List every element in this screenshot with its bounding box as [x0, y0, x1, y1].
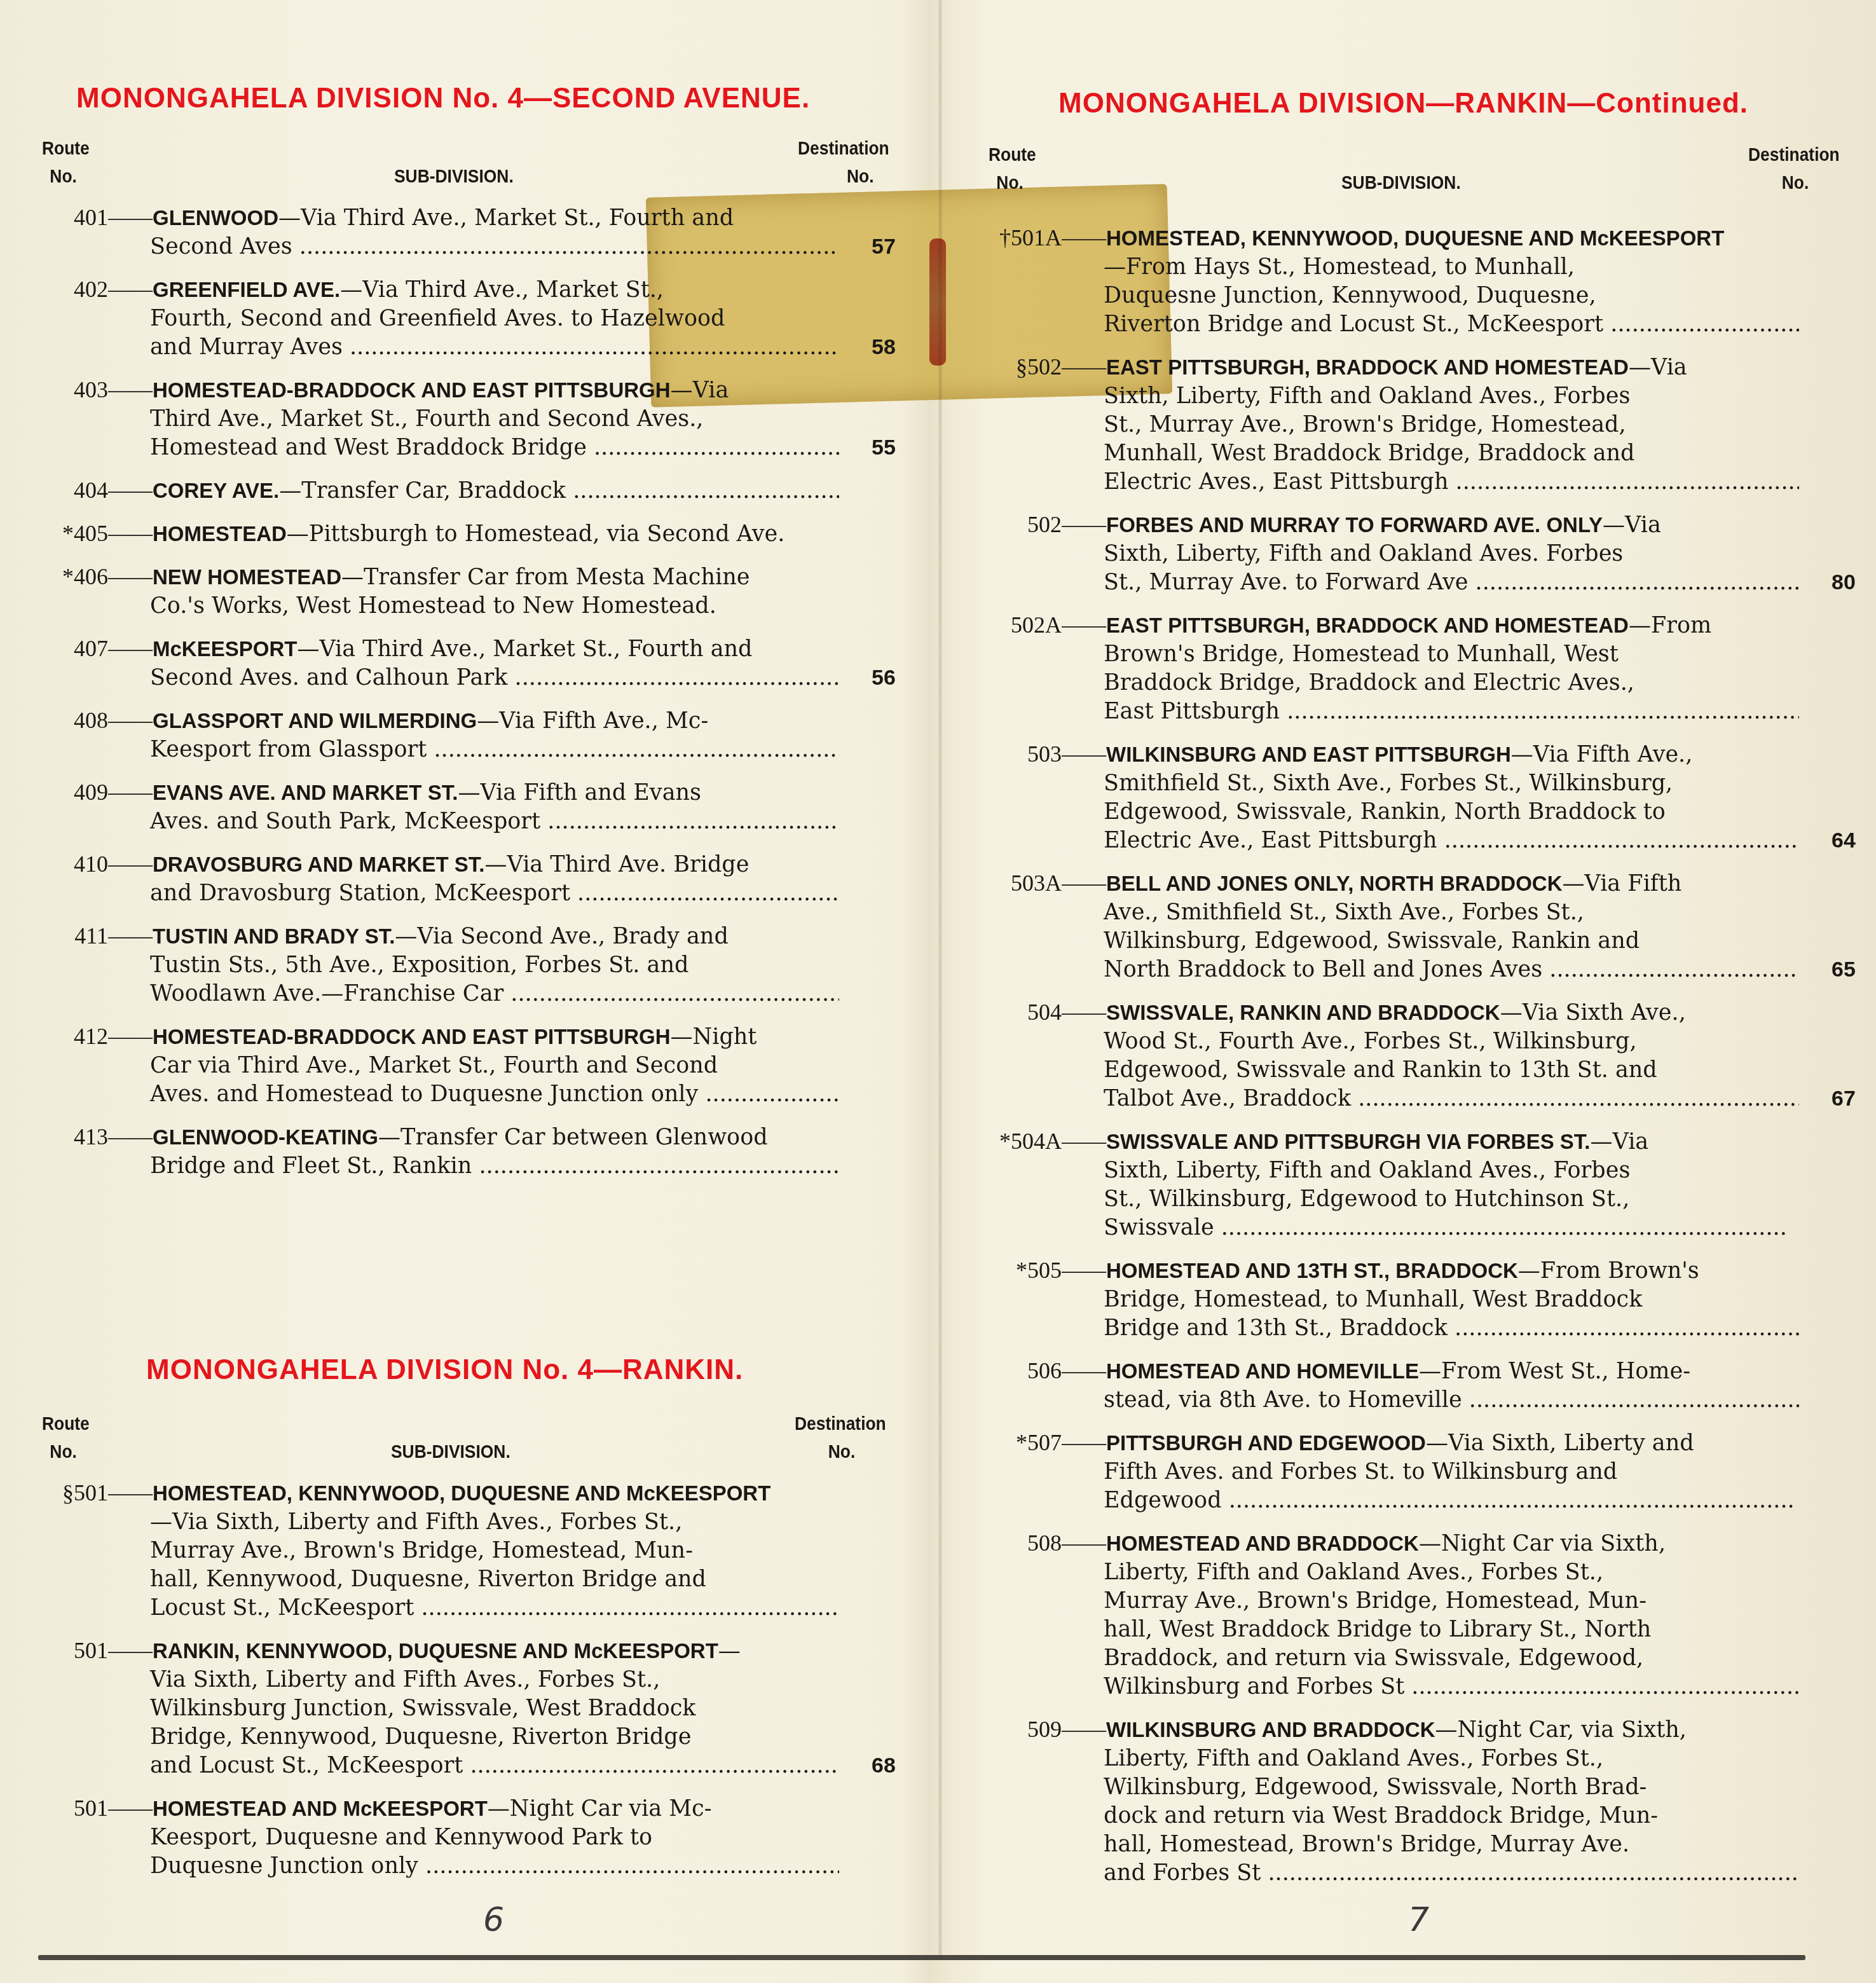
route-title: FORBES AND MURRAY TO FORWARD AVE. ONLY [1106, 513, 1603, 537]
route-title: HOMESTEAD AND BRADDOCK [1106, 1532, 1419, 1555]
route-description: —Night Car via Mc- [488, 1796, 712, 1822]
route-description: —From West St., Home- [1419, 1359, 1690, 1384]
leader-dash: —— [108, 1481, 153, 1506]
route-title: GLENWOOD [153, 206, 278, 230]
route-description: —Transfer Car, Braddock ................… [279, 478, 839, 504]
route-number: 413 [25, 1123, 108, 1151]
route-description: —Via [1629, 355, 1687, 380]
route-description: —Transfer Car between Glenwood [378, 1125, 768, 1150]
section-heading-rankin-continued: MONONGAHELA DIVISION—RANKIN—Continued. [1058, 88, 1748, 120]
route-description-line: hall, Kennywood, Duquesne, Riverton Brid… [108, 1565, 839, 1594]
route-title: SWISSVALE AND PITTSBURGH VIA FORBES ST. [1106, 1130, 1591, 1153]
destination-number: 57 [852, 233, 915, 261]
route-entry: 503A——BELL AND JONES ONLY, NORTH BRADDOC… [979, 869, 1875, 984]
route-number: 501 [25, 1636, 108, 1665]
route-entry: 410——DRAVOSBURG AND MARKET ST.—Via Third… [25, 850, 915, 908]
route-number: 409 [25, 778, 108, 807]
leader-dash: —— [108, 1024, 153, 1049]
route-description-line: Keesport from Glassport ................… [108, 736, 839, 764]
leader-dash: —— [108, 1638, 153, 1663]
route-entry: 408——GLASSPORT AND WILMERDING—Via Fifth … [25, 706, 915, 764]
leader-dash: —— [108, 1796, 153, 1821]
route-number: 506 [979, 1357, 1062, 1385]
route-title: RANKIN, KENNYWOOD, DUQUESNE AND McKEESPO… [153, 1639, 718, 1663]
route-description: —Via Fifth [1563, 871, 1682, 896]
route-title: GLENWOOD-KEATING [153, 1125, 378, 1149]
leader-dash: —— [108, 565, 153, 589]
route-description-line: and Forbes St ..........................… [1062, 1859, 1799, 1888]
route-entry: †501A——HOMESTEAD, KENNYWOOD, DUQUESNE AN… [979, 224, 1875, 339]
route-title: COREY AVE. [153, 479, 279, 502]
route-description: —Via [671, 378, 729, 403]
leader-dash: —— [1062, 742, 1106, 767]
leader-dash: —— [1062, 871, 1106, 896]
route-description-line: dock and return via West Braddock Bridge… [1062, 1802, 1799, 1830]
route-description: —Pittsburgh to Homestead, via Second Ave… [287, 521, 784, 547]
route-description-line: Fourth, Second and Greenfield Aves. to H… [108, 305, 839, 333]
destination-no-header: Destination No. [1748, 141, 1840, 197]
route-number: 501 [25, 1794, 108, 1823]
route-number: 402 [25, 275, 108, 304]
route-description-line: Homestead and West Braddock Bridge .....… [108, 434, 839, 462]
route-description-line: Wilkinsburg Junction, Swissvale, West Br… [108, 1694, 839, 1723]
route-title: GREENFIELD AVE. [153, 278, 340, 301]
route-title: EAST PITTSBURGH, BRADDOCK AND HOMESTEAD [1106, 614, 1629, 637]
route-description: —Via Sixth Ave., [1500, 1000, 1686, 1026]
sub-division-header: SUB-DIVISION. [394, 163, 514, 191]
route-description-line: Electric Aves., East Pittsburgh ........… [1062, 468, 1799, 497]
leader-dash: —— [108, 636, 153, 661]
route-entry: *505——HOMESTEAD AND 13TH ST., BRADDOCK—F… [979, 1256, 1875, 1343]
route-description: —Via Third Ave., Market St., [340, 277, 664, 303]
route-description: —Night Car, via Sixth, [1435, 1717, 1687, 1743]
route-number: †501A [979, 224, 1062, 252]
route-description: —Via Fifth and Evans [458, 780, 701, 806]
spine-fold [938, 0, 942, 1958]
destination-number: 64 [1812, 827, 1875, 855]
route-list: §501——HOMESTEAD, KENNYWOOD, DUQUESNE AND… [25, 1479, 915, 1895]
leader-dash: —— [108, 1125, 153, 1149]
destination-number: 67 [1812, 1085, 1875, 1113]
route-title: GLASSPORT AND WILMERDING [153, 709, 477, 732]
route-entry: 508——HOMESTEAD AND BRADDOCK—Night Car vi… [979, 1529, 1875, 1701]
route-description-line: Murray Ave., Brown's Bridge, Homestead, … [108, 1537, 839, 1565]
route-description-line: Tustin Sts., 5th Ave., Exposition, Forbe… [108, 951, 839, 980]
route-title: EVANS AVE. AND MARKET ST. [153, 781, 458, 804]
leader-dash: —— [1062, 355, 1106, 380]
leader-dash: —— [1062, 1000, 1106, 1025]
route-description-line: Braddock Bridge, Braddock and Electric A… [1062, 669, 1799, 697]
route-title: SWISSVALE, RANKIN AND BRADDOCK [1106, 1001, 1500, 1024]
route-description: —Via [1603, 512, 1661, 538]
route-description: —Via Sixth, Liberty and [1426, 1431, 1694, 1456]
route-title: HOMESTEAD AND McKEESPORT [153, 1797, 488, 1820]
route-description-line: Car via Third Ave., Market St., Fourth a… [108, 1052, 839, 1080]
route-entry: §501——HOMESTEAD, KENNYWOOD, DUQUESNE AND… [25, 1479, 915, 1623]
route-description-line: Aves. and Homestead to Duquesne Junction… [108, 1080, 839, 1109]
route-description-line: Braddock, and return via Swissvale, Edge… [1062, 1644, 1799, 1673]
route-description-line: Bridge and Fleet St., Rankin ...........… [108, 1152, 839, 1181]
route-entry: 401——GLENWOOD—Via Third Ave., Market St.… [25, 203, 915, 261]
route-title: DRAVOSBURG AND MARKET ST. [153, 853, 485, 876]
route-description-line: St., Murray Ave. to Forward Ave ........… [1062, 568, 1799, 597]
destination-number: 80 [1812, 568, 1875, 597]
route-entry: 411——TUSTIN AND BRADY ST.—Via Second Ave… [25, 922, 915, 1008]
route-description: —Via Fifth Ave., Mc- [477, 708, 708, 734]
route-title: WILKINSBURG AND BRADDOCK [1106, 1718, 1435, 1741]
destination-number: 58 [852, 333, 915, 362]
route-number: 503A [979, 869, 1062, 898]
leader-dash: —— [108, 478, 153, 503]
route-title: HOMESTEAD, KENNYWOOD, DUQUESNE AND McKEE… [153, 1481, 770, 1505]
route-number: 509 [979, 1715, 1062, 1744]
route-list: 401——GLENWOOD—Via Third Ave., Market St.… [25, 203, 915, 1195]
section-heading-rankin: MONONGAHELA DIVISION No. 4—RANKIN. [146, 1354, 743, 1386]
route-number: 403 [25, 376, 108, 404]
route-entry: 403——HOMESTEAD-BRADDOCK AND EAST PITTSBU… [25, 376, 915, 462]
destination-number: 68 [852, 1752, 915, 1780]
route-title: HOMESTEAD, KENNYWOOD, DUQUESNE AND McKEE… [1106, 226, 1724, 250]
route-no-header: Route No. [989, 141, 1036, 197]
page-number: 6 [483, 1901, 504, 1939]
leader-dash: —— [108, 852, 153, 877]
route-description: —Night [671, 1024, 757, 1050]
route-description-line: Electric Ave., East Pittsburgh .........… [1062, 827, 1799, 855]
route-description-line: Brown's Bridge, Homestead to Munhall, We… [1062, 640, 1799, 669]
route-description-line: Edgewood ...............................… [1062, 1486, 1799, 1515]
leader-dash: —— [1062, 1431, 1106, 1455]
route-description-line: Wilkinsburg, Edgewood, Swissvale, North … [1062, 1773, 1799, 1802]
route-number: *507 [979, 1429, 1062, 1457]
route-number: 411 [25, 922, 108, 950]
route-entry: 509——WILKINSBURG AND BRADDOCK—Night Car,… [979, 1715, 1875, 1888]
route-description: —Transfer Car from Mesta Machine [341, 565, 750, 590]
route-description-line: Liberty, Fifth and Oakland Aves., Forbes… [1062, 1558, 1799, 1587]
route-description-line: Sixth, Liberty, Fifth and Oakland Aves.,… [1062, 382, 1799, 411]
route-no-header: Route No. [42, 1410, 90, 1466]
route-description-line: Locust St., McKeesport .................… [108, 1594, 839, 1623]
route-description: —Via Third Ave., Market St., Fourth and [297, 636, 752, 662]
route-description-line: Via Sixth, Liberty and Fifth Aves., Forb… [108, 1666, 839, 1694]
route-entry: 409——EVANS AVE. AND MARKET ST.—Via Fifth… [25, 778, 915, 836]
route-description: —Via Second Ave., Brady and [395, 924, 728, 949]
route-list: †501A——HOMESTEAD, KENNYWOOD, DUQUESNE AN… [979, 224, 1875, 1902]
leader-dash: —— [108, 521, 153, 546]
route-title: PITTSBURGH AND EDGEWOOD [1106, 1431, 1426, 1455]
route-title: WILKINSBURG AND EAST PITTSBURGH [1106, 743, 1511, 766]
route-description-line: Duquesne Junction only .................… [108, 1852, 839, 1881]
route-number: *505 [979, 1256, 1062, 1285]
route-number: 410 [25, 850, 108, 879]
route-entry: 506——HOMESTEAD AND HOMEVILLE—From West S… [979, 1357, 1875, 1415]
route-number: 502A [979, 611, 1062, 640]
leader-dash: —— [1062, 1129, 1106, 1154]
route-entry: 402——GREENFIELD AVE.—Via Third Ave., Mar… [25, 275, 915, 362]
leader-dash: —— [1062, 1258, 1106, 1283]
route-title: EAST PITTSBURGH, BRADDOCK AND HOMESTEAD [1106, 355, 1629, 379]
route-description-line: Fifth Aves. and Forbes St. to Wilkinsbur… [1062, 1458, 1799, 1486]
route-description-line: Munhall, West Braddock Bridge, Braddock … [1062, 439, 1799, 468]
route-description-line: Edgewood, Swissvale and Rankin to 13th S… [1062, 1056, 1799, 1085]
page-right: MONONGAHELA DIVISION—RANKIN—Continued. R… [982, 0, 1872, 1983]
route-entry: 502——FORBES AND MURRAY TO FORWARD AVE. O… [979, 511, 1875, 597]
staple-rust [929, 238, 946, 366]
route-number: *504A [979, 1127, 1062, 1156]
route-description: —From Brown's [1518, 1258, 1699, 1284]
route-description-line: and Murray Aves ........................… [108, 333, 839, 362]
route-description-line: —From Hays St., Homestead, to Munhall, [1062, 253, 1799, 282]
route-description-line: Duquesne Junction, Kennywood, Duquesne, [1062, 282, 1799, 310]
route-description-line: Talbot Ave., Braddock ..................… [1062, 1085, 1799, 1113]
route-number: 504 [979, 998, 1062, 1027]
sub-division-header: SUB-DIVISION. [1341, 169, 1461, 197]
route-entry: 503——WILKINSBURG AND EAST PITTSBURGH—Via… [979, 740, 1875, 855]
route-title: HOMESTEAD [153, 522, 287, 545]
route-entry: *406——NEW HOMESTEAD—Transfer Car from Me… [25, 563, 915, 621]
route-title: HOMESTEAD-BRADDOCK AND EAST PITTSBURGH [153, 1025, 671, 1048]
route-description-line: St., Murray Ave., Brown's Bridge, Homest… [1062, 411, 1799, 439]
route-title: BELL AND JONES ONLY, NORTH BRADDOCK [1106, 872, 1563, 895]
route-entry: 501——RANKIN, KENNYWOOD, DUQUESNE AND McK… [25, 1636, 915, 1780]
route-description-line: stead, via 8th Ave. to Homeville .......… [1062, 1386, 1799, 1415]
route-description-line: and Locust St., McKeesport .............… [108, 1752, 839, 1780]
route-description-line: Wood St., Fourth Ave., Forbes St., Wilki… [1062, 1027, 1799, 1056]
route-description-line: Aves. and South Park, McKeesport .......… [108, 807, 839, 836]
route-description: —Via Third Ave., Market St., Fourth and [278, 205, 734, 231]
page-left: MONONGAHELA DIVISION No. 4—SECOND AVENUE… [38, 0, 915, 1983]
route-no-header: Route No. [42, 135, 90, 191]
route-entry: 413——GLENWOOD-KEATING—Transfer Car betwe… [25, 1123, 915, 1181]
route-entry: 412——HOMESTEAD-BRADDOCK AND EAST PITTSBU… [25, 1022, 915, 1109]
route-number: 408 [25, 706, 108, 735]
route-description-line: Wilkinsburg, Edgewood, Swissvale, Rankin… [1062, 927, 1799, 956]
route-entry: *405——HOMESTEAD—Pittsburgh to Homestead,… [25, 519, 915, 549]
route-description-line: Edgewood, Swissvale, Rankin, North Bradd… [1062, 798, 1799, 827]
route-number: *405 [25, 519, 108, 548]
route-description: —Via Fifth Ave., [1511, 742, 1693, 767]
route-entry: §502——EAST PITTSBURGH, BRADDOCK AND HOME… [979, 353, 1875, 497]
leader-dash: —— [1062, 1717, 1106, 1742]
route-description-line: Liberty, Fifth and Oakland Aves., Forbes… [1062, 1745, 1799, 1773]
route-description-line: Bridge, Kennywood, Duquesne, Riverton Br… [108, 1723, 839, 1752]
route-description-line: Woodlawn Ave.—Franchise Car ............… [108, 980, 839, 1008]
route-description-line: Smithfield St., Sixth Ave., Forbes St., … [1062, 769, 1799, 798]
section-heading-second-avenue: MONONGAHELA DIVISION No. 4—SECOND AVENUE… [76, 83, 810, 114]
route-description-line: Murray Ave., Brown's Bridge, Homestead, … [1062, 1587, 1799, 1616]
route-number: §502 [979, 353, 1062, 381]
route-number: §501 [25, 1479, 108, 1507]
route-title: TUSTIN AND BRADY ST. [153, 924, 395, 948]
route-description-line: St., Wilkinsburg, Edgewood to Hutchinson… [1062, 1185, 1799, 1214]
leader-dash: —— [108, 378, 153, 402]
route-entry: 501——HOMESTEAD AND McKEESPORT—Night Car … [25, 1794, 915, 1881]
destination-number: 56 [852, 664, 915, 692]
route-entry: 407——McKEESPORT—Via Third Ave., Market S… [25, 635, 915, 692]
leader-dash: —— [108, 924, 153, 949]
sub-division-header: SUB-DIVISION. [391, 1438, 510, 1466]
route-number: 407 [25, 635, 108, 663]
destination-no-header: Destination No. [798, 135, 889, 191]
destination-no-header: Destination No. [795, 1410, 886, 1466]
route-description-line: Riverton Bridge and Locust St., McKeespo… [1062, 310, 1799, 339]
leader-dash: —— [1062, 1531, 1106, 1556]
leader-dash: —— [1062, 226, 1106, 250]
route-description-line: hall, West Braddock Bridge to Library St… [1062, 1616, 1799, 1644]
route-title: McKEESPORT [153, 637, 297, 661]
route-description-line: Sixth, Liberty, Fifth and Oakland Aves.,… [1062, 1156, 1799, 1185]
leader-dash: —— [108, 277, 153, 302]
route-number: 508 [979, 1529, 1062, 1558]
route-description-line: —Via Sixth, Liberty and Fifth Aves., For… [108, 1508, 839, 1537]
leader-dash: —— [108, 708, 153, 733]
route-number: 502 [979, 511, 1062, 539]
route-description: — [718, 1638, 741, 1664]
route-description: —Via Third Ave. Bridge [485, 852, 750, 877]
page-number: 7 [1408, 1901, 1429, 1939]
leader-dash: —— [1062, 1359, 1106, 1383]
route-description-line: North Braddock to Bell and Jones Aves ..… [1062, 956, 1799, 984]
route-description-line: Third Ave., Market St., Fourth and Secon… [108, 405, 839, 434]
route-number: 412 [25, 1022, 108, 1051]
route-title: HOMESTEAD-BRADDOCK AND EAST PITTSBURGH [153, 378, 671, 402]
leader-dash: —— [1062, 613, 1106, 638]
route-entry: 502A——EAST PITTSBURGH, BRADDOCK AND HOME… [979, 611, 1875, 726]
destination-number: 65 [1812, 956, 1875, 984]
route-description-line: East Pittsburgh ........................… [1062, 697, 1799, 726]
route-description-line: Second Aves ............................… [108, 233, 839, 261]
route-entry: 504——SWISSVALE, RANKIN AND BRADDOCK—Via … [979, 998, 1875, 1113]
route-description: —Night Car via Sixth, [1419, 1531, 1666, 1556]
route-title: HOMESTEAD AND HOMEVILLE [1106, 1359, 1419, 1383]
route-entry: *504A——SWISSVALE AND PITTSBURGH VIA FORB… [979, 1127, 1875, 1242]
route-description-line: Second Aves. and Calhoun Park ..........… [108, 664, 839, 692]
route-title: NEW HOMESTEAD [153, 565, 341, 589]
route-title: HOMESTEAD AND 13TH ST., BRADDOCK [1106, 1259, 1518, 1282]
route-number: *406 [25, 563, 108, 591]
route-description-line: Swissvale ..............................… [1062, 1214, 1799, 1242]
route-description-line: Wilkinsburg and Forbes St ..............… [1062, 1673, 1799, 1701]
route-entry: *507——PITTSBURGH AND EDGEWOOD—Via Sixth,… [979, 1429, 1875, 1515]
route-description-line: Ave., Smithfield St., Sixth Ave., Forbes… [1062, 898, 1799, 927]
route-description-line: Co.'s Works, West Homestead to New Homes… [108, 592, 839, 621]
route-description-line: hall, Homestead, Brown's Bridge, Murray … [1062, 1830, 1799, 1859]
destination-number: 55 [852, 434, 915, 462]
route-description-line: Bridge and 13th St., Braddock ..........… [1062, 1314, 1799, 1343]
route-entry: 404——COREY AVE.—Transfer Car, Braddock .… [25, 476, 915, 505]
leader-dash: —— [1062, 512, 1106, 537]
route-number: 404 [25, 476, 108, 505]
route-description-line: Keesport, Duquesne and Kennywood Park to [108, 1823, 839, 1852]
route-description: —Via [1591, 1129, 1649, 1155]
route-description-line: and Dravosburg Station, McKeesport .....… [108, 879, 839, 908]
route-description-line: Bridge, Homestead, to Munhall, West Brad… [1062, 1286, 1799, 1314]
route-number: 401 [25, 203, 108, 232]
route-description-line: Sixth, Liberty, Fifth and Oakland Aves. … [1062, 540, 1799, 568]
route-description: —From [1629, 613, 1711, 638]
leader-dash: —— [108, 780, 153, 805]
route-number: 503 [979, 740, 1062, 769]
leader-dash: —— [108, 205, 153, 230]
